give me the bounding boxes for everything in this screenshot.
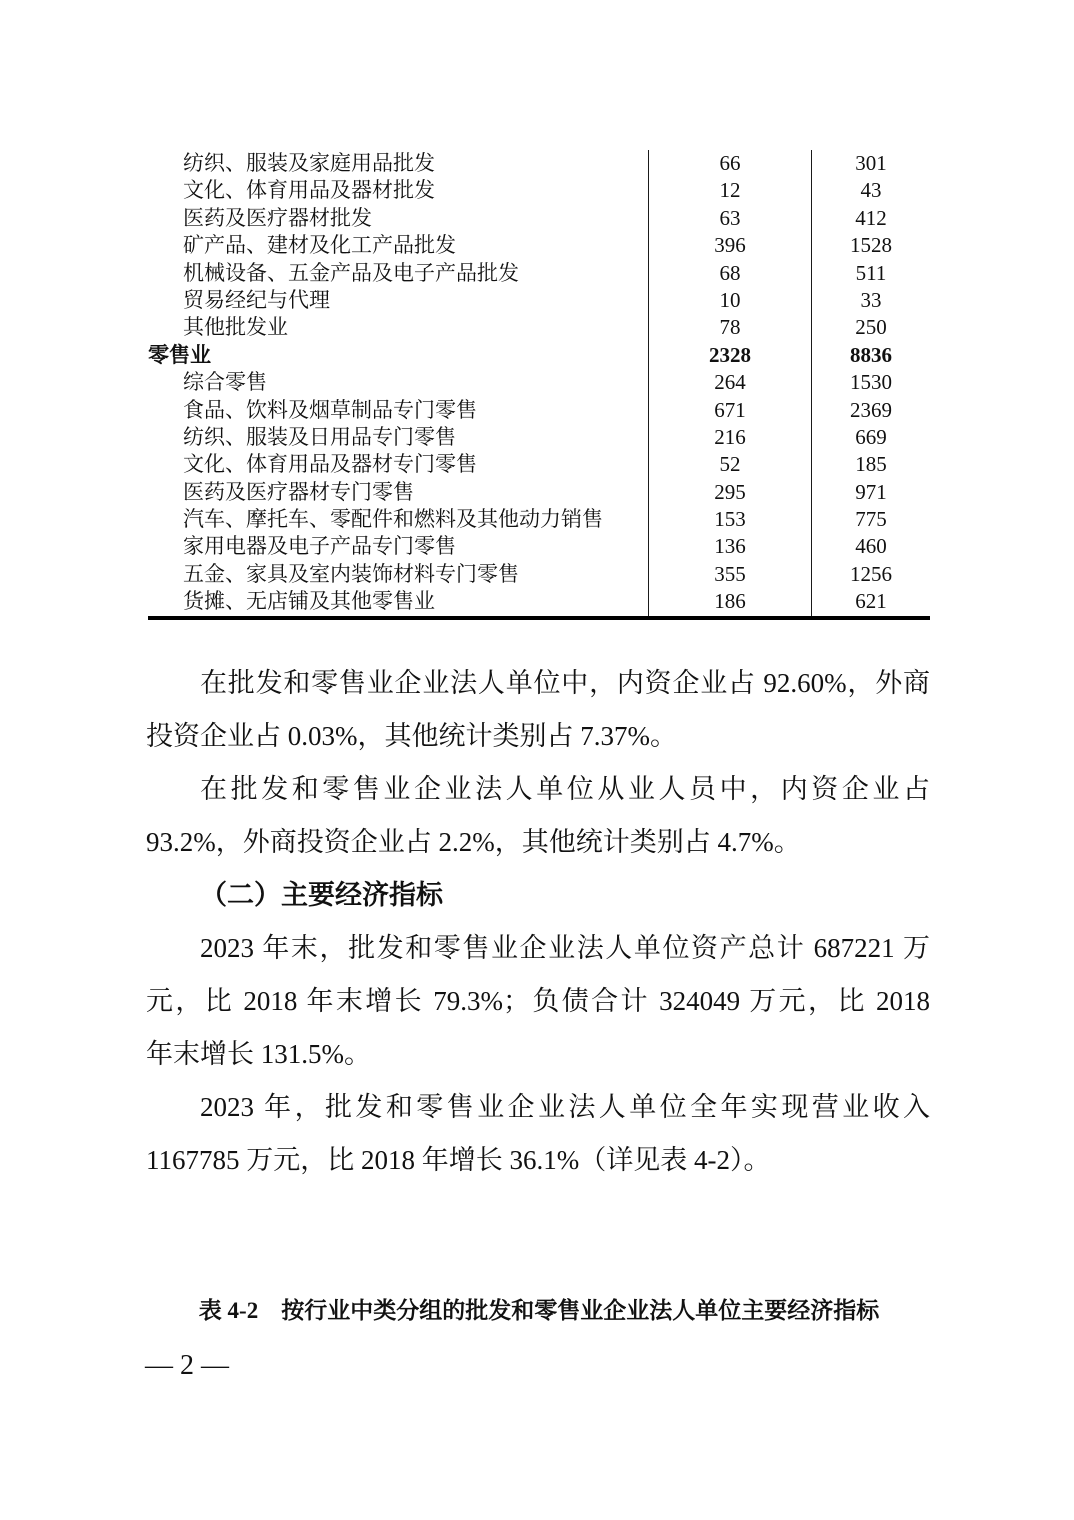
- row-units-cell: 12: [648, 177, 811, 204]
- row-label-cell: 文化、体育用品及器材专门零售: [148, 451, 648, 478]
- row-units-cell: 186: [648, 588, 811, 615]
- paragraph-1-line-1: 在批发和零售业企业法人单位中，内资企业占 92.60%，外商: [146, 657, 930, 710]
- section-heading: （二）主要经济指标: [146, 869, 930, 922]
- paragraph-2-line-1: 在批发和零售业企业法人单位从业人员中，内资企业占: [146, 763, 930, 816]
- row-units-cell: 295: [648, 479, 811, 506]
- row-employees-cell: 1256: [811, 561, 930, 588]
- page-number: — 2 —: [145, 1348, 229, 1384]
- industry-stat-table: 纺织、服装及家庭用品批发 66 301 文化、体育用品及器材批发 12 43 医…: [148, 150, 930, 620]
- table-row: 汽车、摩托车、零配件和燃料及其他动力销售 153 775: [148, 506, 930, 533]
- row-units-cell: 10: [648, 287, 811, 314]
- paragraph-1-line-2: 投资企业占 0.03%，其他统计类别占 7.37%。: [146, 710, 930, 763]
- row-units-cell: 2328: [648, 342, 811, 369]
- row-label-cell: 机械设备、五金产品及电子产品批发: [148, 260, 648, 287]
- row-label-cell: 食品、饮料及烟草制品专门零售: [148, 397, 648, 424]
- paragraph-3-line-2: 元，比 2018 年末增长 79.3%；负债合计 324049 万元，比 201…: [146, 975, 930, 1028]
- paragraph-3-line-1: 2023 年末，批发和零售业企业法人单位资产总计 687221 万: [146, 922, 930, 975]
- row-label-cell: 汽车、摩托车、零配件和燃料及其他动力销售: [148, 506, 648, 533]
- table-row: 医药及医疗器材专门零售 295 971: [148, 479, 930, 506]
- table-row: 贸易经纪与代理 10 33: [148, 287, 930, 314]
- row-label-cell: 医药及医疗器材专门零售: [148, 479, 648, 506]
- row-employees-cell: 775: [811, 506, 930, 533]
- table-row: 货摊、无店铺及其他零售业 186 621: [148, 588, 930, 615]
- row-employees-cell: 669: [811, 424, 930, 451]
- table-row: 其他批发业 78 250: [148, 314, 930, 341]
- table-row: 机械设备、五金产品及电子产品批发 68 511: [148, 260, 930, 287]
- row-units-cell: 63: [648, 205, 811, 232]
- table-row: 纺织、服装及日用品专门零售 216 669: [148, 424, 930, 451]
- paragraph-2-line-2: 93.2%，外商投资企业占 2.2%，其他统计类别占 4.7%。: [146, 816, 930, 869]
- table-row: 文化、体育用品及器材批发 12 43: [148, 177, 930, 204]
- row-employees-cell: 412: [811, 205, 930, 232]
- row-units-cell: 396: [648, 232, 811, 259]
- row-label-cell: 货摊、无店铺及其他零售业: [148, 588, 648, 615]
- paragraph-4-line-2: 1167785 万元，比 2018 年增长 36.1%（详见表 4-2）。: [146, 1134, 930, 1187]
- table-row: 文化、体育用品及器材专门零售 52 185: [148, 451, 930, 478]
- row-units-cell: 68: [648, 260, 811, 287]
- row-units-cell: 153: [648, 506, 811, 533]
- table-row: 医药及医疗器材批发 63 412: [148, 205, 930, 232]
- row-employees-cell: 621: [811, 588, 930, 615]
- row-label-cell: 文化、体育用品及器材批发: [148, 177, 648, 204]
- row-units-cell: 136: [648, 533, 811, 560]
- body-text: 在批发和零售业企业法人单位中，内资企业占 92.60%，外商 投资企业占 0.0…: [146, 657, 930, 1187]
- row-units-cell: 66: [648, 150, 811, 177]
- row-units-cell: 78: [648, 314, 811, 341]
- row-employees-cell: 43: [811, 177, 930, 204]
- row-units-cell: 355: [648, 561, 811, 588]
- row-employees-cell: 250: [811, 314, 930, 341]
- table-row: 综合零售 264 1530: [148, 369, 930, 396]
- paragraph-4-line-1: 2023 年，批发和零售业企业法人单位全年实现营业收入: [146, 1081, 930, 1134]
- table-row: 五金、家具及室内装饰材料专门零售 355 1256: [148, 561, 930, 588]
- paragraph-3-line-3: 年末增长 131.5%。: [146, 1028, 930, 1081]
- row-employees-cell: 460: [811, 533, 930, 560]
- row-label-cell: 纺织、服装及家庭用品批发: [148, 150, 648, 177]
- row-label-cell: 其他批发业: [148, 314, 648, 341]
- row-label-cell: 综合零售: [148, 369, 648, 396]
- row-employees-cell: 2369: [811, 397, 930, 424]
- row-units-cell: 216: [648, 424, 811, 451]
- row-units-cell: 264: [648, 369, 811, 396]
- table-4-2-caption: 表 4-2 按行业中类分组的批发和零售业企业法人单位主要经济指标: [148, 1295, 930, 1327]
- row-label-cell: 纺织、服装及日用品专门零售: [148, 424, 648, 451]
- row-units-cell: 671: [648, 397, 811, 424]
- table-row: 家用电器及电子产品专门零售 136 460: [148, 533, 930, 560]
- row-employees-cell: 185: [811, 451, 930, 478]
- row-label-cell: 贸易经纪与代理: [148, 287, 648, 314]
- table-row: 食品、饮料及烟草制品专门零售 671 2369: [148, 397, 930, 424]
- row-employees-cell: 8836: [811, 342, 930, 369]
- row-label-cell: 五金、家具及室内装饰材料专门零售: [148, 561, 648, 588]
- row-employees-cell: 511: [811, 260, 930, 287]
- table-row: 矿产品、建材及化工产品批发 396 1528: [148, 232, 930, 259]
- row-units-cell: 52: [648, 451, 811, 478]
- row-label-cell: 矿产品、建材及化工产品批发: [148, 232, 648, 259]
- row-label-cell: 家用电器及电子产品专门零售: [148, 533, 648, 560]
- row-employees-cell: 1530: [811, 369, 930, 396]
- row-employees-cell: 971: [811, 479, 930, 506]
- row-employees-cell: 33: [811, 287, 930, 314]
- row-label-cell: 医药及医疗器材批发: [148, 205, 648, 232]
- row-employees-cell: 301: [811, 150, 930, 177]
- table-row: 纺织、服装及家庭用品批发 66 301: [148, 150, 930, 177]
- row-employees-cell: 1528: [811, 232, 930, 259]
- table-row: 零售业 2328 8836: [148, 342, 930, 369]
- row-label-cell: 零售业: [148, 342, 648, 369]
